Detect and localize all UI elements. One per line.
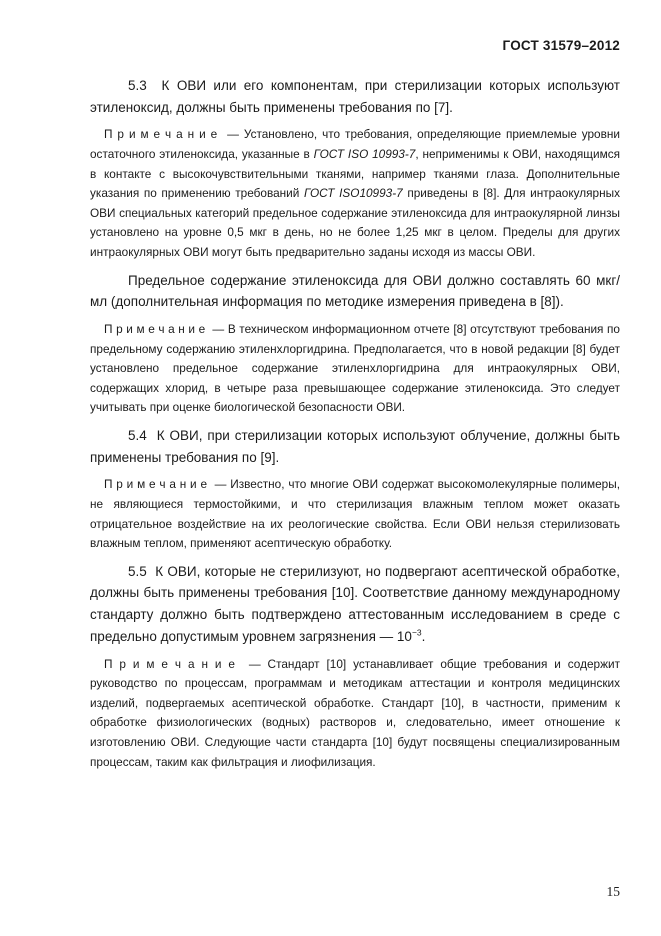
document-page: ГОСТ 31579–2012 5.3 К ОВИ или его компон… [0, 0, 661, 936]
standard-reference-italic: ГОСТ ISO10993-7 [304, 186, 403, 200]
body-paragraph: 5.4 К ОВИ, при стерилизации которых испо… [90, 425, 620, 468]
body-paragraph: 5.5 К ОВИ, которые не стерилизуют, но по… [90, 561, 620, 648]
running-header: ГОСТ 31579–2012 [90, 38, 620, 54]
text-run: 5.4 К ОВИ, при стерилизации которых испо… [90, 428, 620, 465]
text-run: П р и м е ч а н и е — В техническом инфо… [90, 322, 620, 414]
text-run: П р и м е ч а н и е — Стандарт [10] уста… [90, 657, 620, 769]
text-run: . [422, 629, 426, 644]
document-content: ГОСТ 31579–2012 5.3 К ОВИ или его компон… [90, 38, 620, 779]
document-body: 5.3 К ОВИ или его компонентам, при стери… [90, 75, 620, 772]
body-paragraph: Предельное содержание этиленоксида для О… [90, 270, 620, 313]
note-paragraph: П р и м е ч а н и е — Стандарт [10] уста… [90, 655, 620, 773]
note-paragraph: П р и м е ч а н и е — Установлено, что т… [90, 125, 620, 262]
superscript-exponent: −3 [412, 627, 422, 637]
body-paragraph: 5.3 К ОВИ или его компонентам, при стери… [90, 75, 620, 118]
note-paragraph: П р и м е ч а н и е — Известно, что мног… [90, 475, 620, 553]
text-run: П р и м е ч а н и е — Известно, что мног… [90, 477, 620, 550]
text-run: Предельное содержание этиленоксида для О… [90, 273, 620, 310]
page-number: 15 [607, 884, 621, 900]
note-paragraph: П р и м е ч а н и е — В техническом инфо… [90, 320, 620, 418]
standard-reference-italic: ГОСТ ISO 10993-7 [314, 147, 416, 161]
text-run: 5.3 К ОВИ или его компонентам, при стери… [90, 78, 620, 115]
text-run: 5.5 К ОВИ, которые не стерилизуют, но по… [90, 564, 620, 644]
